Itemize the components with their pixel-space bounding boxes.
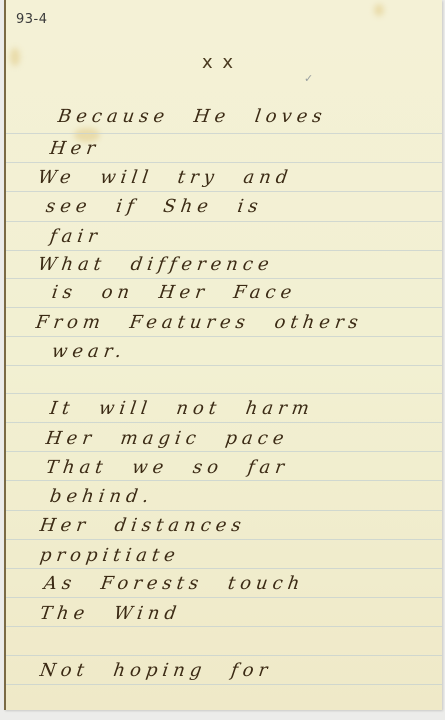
ruling-line <box>6 480 442 481</box>
text-line: As Forests touch <box>43 573 306 594</box>
ruling-line <box>6 365 442 366</box>
text-line: propitiate <box>39 545 182 566</box>
ruling-line <box>6 278 442 279</box>
text-line: The Wind <box>39 603 183 624</box>
text-line: Her distances <box>39 515 248 536</box>
ruling-line <box>6 568 442 569</box>
ruling-line <box>6 422 442 423</box>
check-mark: ✓ <box>304 72 313 85</box>
ruling-line <box>6 597 442 598</box>
ruling-line <box>6 655 442 656</box>
text-line: What difference <box>37 254 276 275</box>
text-line: Her <box>49 138 102 159</box>
text-line: From Features others <box>35 312 365 333</box>
paper-stain <box>10 48 20 66</box>
page-number: 93-4 <box>16 12 48 27</box>
text-line: wear. <box>51 341 128 362</box>
ruling-line <box>6 393 442 394</box>
ruling-line <box>6 133 442 134</box>
cross-marks: x x <box>202 52 235 73</box>
ruling-line <box>6 684 442 685</box>
text-line: see if She is <box>45 196 265 217</box>
ruling-line <box>6 250 442 251</box>
ruling-line <box>6 162 442 163</box>
text-line: behind. <box>49 486 155 507</box>
ruling-line <box>6 539 442 540</box>
text-line: fair <box>49 226 104 247</box>
text-line: Not hoping for <box>39 660 274 681</box>
text-line: Her magic pace <box>45 428 290 449</box>
text-line: is on Her Face <box>51 282 298 303</box>
ruling-line <box>6 307 442 308</box>
ruling-line <box>6 191 442 192</box>
manuscript-page: 93-4 x x ✓ Because He loves Her We will … <box>4 0 442 710</box>
ruling-line <box>6 336 442 337</box>
ruling-line <box>6 451 442 452</box>
text-line: It will not harm <box>49 398 316 419</box>
ruling-line <box>6 510 442 511</box>
text-line: That we so far <box>45 457 291 478</box>
ruling-line <box>6 221 442 222</box>
text-line: Because He loves <box>57 106 329 127</box>
text-line: We will try and <box>37 167 294 188</box>
paper-stain <box>374 4 384 16</box>
ruling-line <box>6 626 442 627</box>
